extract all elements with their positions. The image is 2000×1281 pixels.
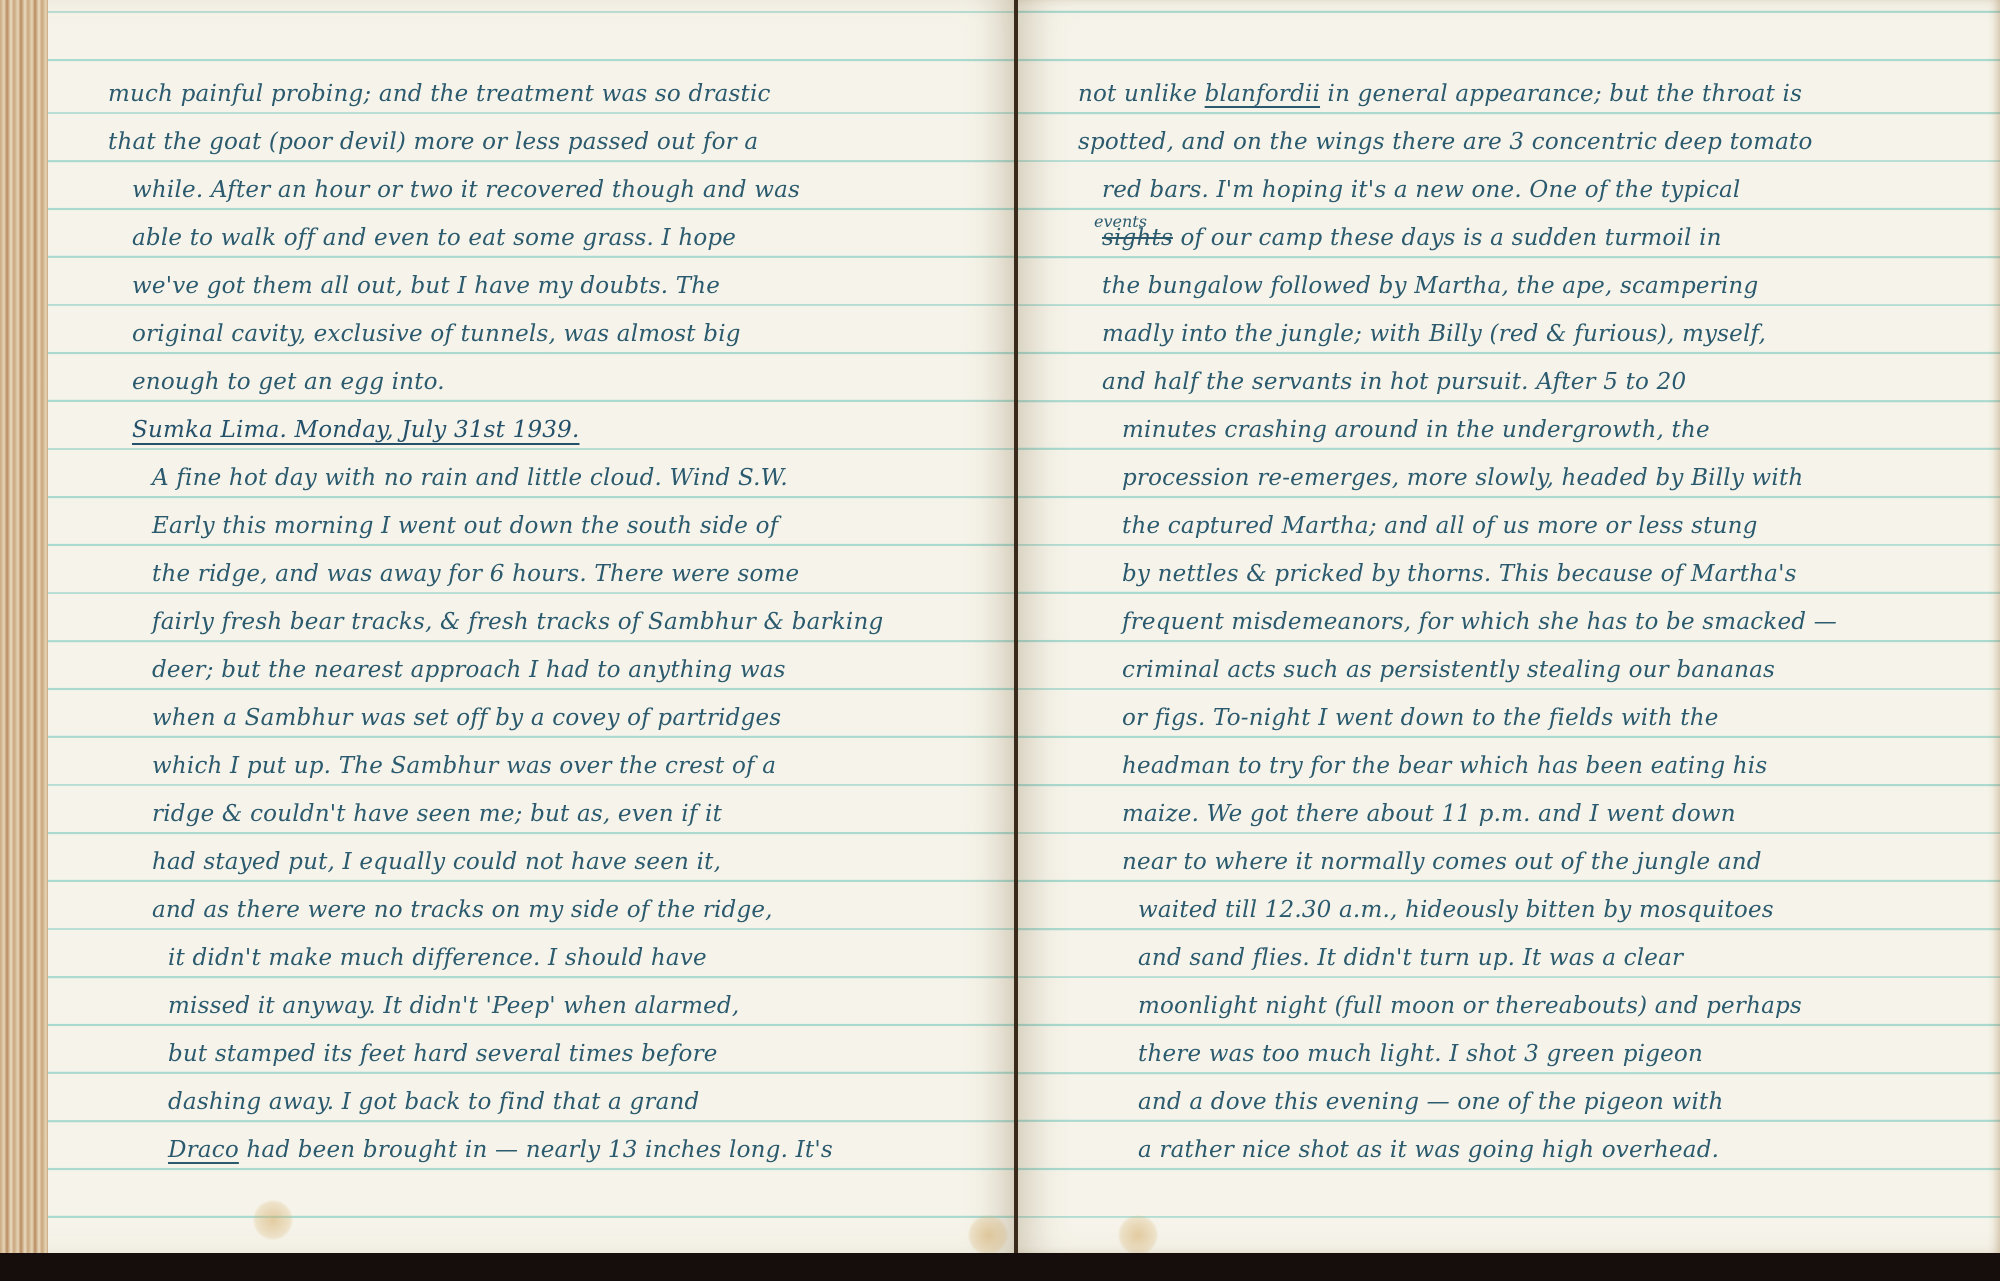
text-line: by nettles & pricked by thorns. This bec…	[1078, 550, 1978, 598]
text-line: minutes crashing around in the undergrow…	[1078, 406, 1978, 454]
text-line: Early this morning I went out down the s…	[108, 502, 988, 550]
page-edges	[0, 0, 48, 1253]
text-line: the ridge, and was away for 6 hours. The…	[108, 550, 988, 598]
left-page: much painful probing; and the treatment …	[48, 0, 1016, 1253]
text-line: while. After an hour or two it recovered…	[108, 166, 988, 214]
text-line: spotted, and on the wings there are 3 co…	[1078, 118, 1978, 166]
text-line: madly into the jungle; with Billy (red &…	[1078, 310, 1978, 358]
water-stain	[1118, 1215, 1158, 1255]
text-line: when a Sambhur was set off by a covey of…	[108, 694, 988, 742]
text-line: the bungalow followed by Martha, the ape…	[1078, 262, 1978, 310]
text-line: or figs. To-night I went down to the fie…	[1078, 694, 1978, 742]
text-line: criminal acts such as persistently steal…	[1078, 646, 1978, 694]
text-line: able to walk off and even to eat some gr…	[108, 214, 988, 262]
entry-heading: Sumka Lima. Monday, July 31st 1939.	[108, 406, 988, 454]
text-line: ridge & couldn't have seen me; but as, e…	[108, 790, 988, 838]
text-line: and a dove this evening — one of the pig…	[1078, 1078, 1978, 1126]
text-line: which I put up. The Sambhur was over the…	[108, 742, 988, 790]
text-line: the captured Martha; and all of us more …	[1078, 502, 1978, 550]
text-line: procession re-emerges, more slowly, head…	[1078, 454, 1978, 502]
text-line: original cavity, exclusive of tunnels, w…	[108, 310, 988, 358]
text-line: Draco had been brought in — nearly 13 in…	[108, 1126, 988, 1174]
text-line: we've got them all out, but I have my do…	[108, 262, 988, 310]
water-stain	[253, 1200, 293, 1240]
right-page: events not unlike blanfordii in general …	[1018, 0, 2000, 1253]
text-line: maize. We got there about 11 p.m. and I …	[1078, 790, 1978, 838]
text-line: missed it anyway. It didn't 'Peep' when …	[108, 982, 988, 1030]
text-line: frequent misdemeanors, for which she has…	[1078, 598, 1978, 646]
text-line: waited till 12.30 a.m., hideously bitten…	[1078, 886, 1978, 934]
text-line: a rather nice shot as it was going high …	[1078, 1126, 1978, 1174]
text-line: near to where it normally comes out of t…	[1078, 838, 1978, 886]
text-line: that the goat (poor devil) more or less …	[108, 118, 988, 166]
text-line: sights of our camp these days is a sudde…	[1078, 214, 1978, 262]
text-line: enough to get an egg into.	[108, 358, 988, 406]
text-line: it didn't make much difference. I should…	[108, 934, 988, 982]
text-line: fairly fresh bear tracks, & fresh tracks…	[108, 598, 988, 646]
text-line: A fine hot day with no rain and little c…	[108, 454, 988, 502]
text-line: moonlight night (full moon or thereabout…	[1078, 982, 1978, 1030]
text-line: and half the servants in hot pursuit. Af…	[1078, 358, 1978, 406]
text-line: there was too much light. I shot 3 green…	[1078, 1030, 1978, 1078]
text-line: deer; but the nearest approach I had to …	[108, 646, 988, 694]
right-page-lines: not unlike blanfordii in general appeara…	[1078, 70, 1978, 1174]
text-line: and as there were no tracks on my side o…	[108, 886, 988, 934]
water-stain	[968, 1215, 1008, 1255]
table-surface	[0, 1253, 2000, 1281]
left-page-lines: much painful probing; and the treatment …	[108, 70, 988, 1174]
text-line: had stayed put, I equally could not have…	[108, 838, 988, 886]
text-line: headman to try for the bear which has be…	[1078, 742, 1978, 790]
text-line: but stamped its feet hard several times …	[108, 1030, 988, 1078]
notebook-spread: much painful probing; and the treatment …	[0, 0, 2000, 1253]
text-line: and sand flies. It didn't turn up. It wa…	[1078, 934, 1978, 982]
text-line: not unlike blanfordii in general appeara…	[1078, 70, 1978, 118]
text-line: dashing away. I got back to find that a …	[108, 1078, 988, 1126]
text-line: red bars. I'm hoping it's a new one. One…	[1078, 166, 1978, 214]
text-line: much painful probing; and the treatment …	[108, 70, 988, 118]
